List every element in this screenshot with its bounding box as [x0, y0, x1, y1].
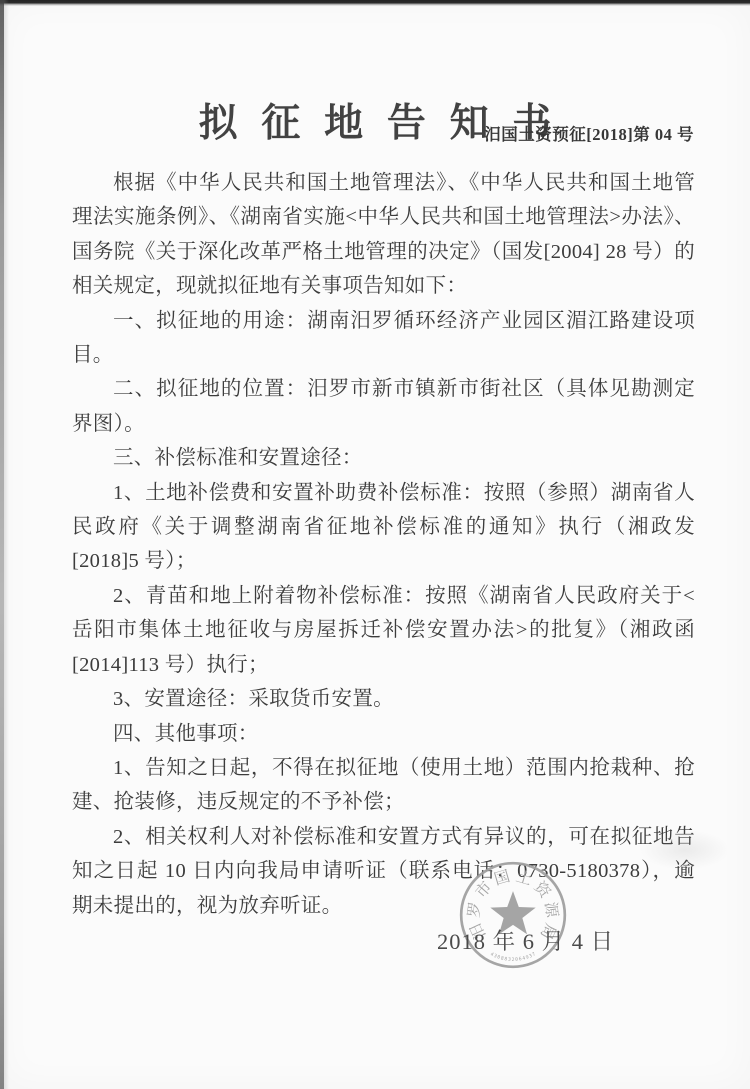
body-paragraph: 一、拟征地的用途：湖南汨罗循环经济产业园区湄江路建设项目。 — [72, 304, 695, 373]
body-paragraph: 二、拟征地的位置：汨罗市新市镇新市街社区（具体见勘测定界图）。 — [72, 372, 695, 441]
svg-text:罗: 罗 — [465, 901, 485, 919]
scan-edge-top — [0, 0, 750, 6]
svg-text:市: 市 — [472, 878, 496, 902]
body-paragraph: 3、安置途径：采取货币安置。 — [72, 682, 695, 716]
document-number: 汨国土资预征[2018]第 04 号 — [484, 121, 694, 145]
body-paragraph: 2、相关权利人对补偿标准和安置方式有异议的，可在拟征地告知之日起 10 日内向我… — [72, 820, 695, 923]
body-paragraph: 1、告知之日起，不得在拟征地（使用土地）范围内抢栽种、抢建、抢装修，违反规定的不… — [72, 751, 695, 820]
svg-text:国: 国 — [492, 867, 512, 889]
svg-text:土: 土 — [514, 867, 534, 889]
issue-date: 2018 年 6 月 4 日 — [437, 924, 614, 956]
body-paragraph: 2、青苗和地上附着物补偿标准：按照《湖南省人民政府关于<岳阳市集体土地征收与房屋… — [72, 579, 695, 682]
svg-text:源: 源 — [541, 901, 561, 919]
body-paragraph: 1、土地补偿费和安置补助费补偿标准：按照（参照）湖南省人民政府《关于调整湖南省征… — [72, 476, 695, 579]
body-paragraph: 根据《中华人民共和国土地管理法》、《中华人民共和国土地管理法实施条例》、《湖南省… — [72, 166, 695, 304]
document-body: 根据《中华人民共和国土地管理法》、《中华人民共和国土地管理法实施条例》、《湖南省… — [72, 166, 695, 923]
scan-edge-left-shadow — [4, 0, 9, 1089]
body-paragraph: 三、补偿标准和安置途径： — [72, 441, 695, 475]
body-paragraph: 四、其他事项： — [72, 717, 695, 751]
document-page: 拟 征 地 告 知 书 汨国土资预征[2018]第 04 号 根据《中华人民共和… — [0, 0, 750, 1089]
